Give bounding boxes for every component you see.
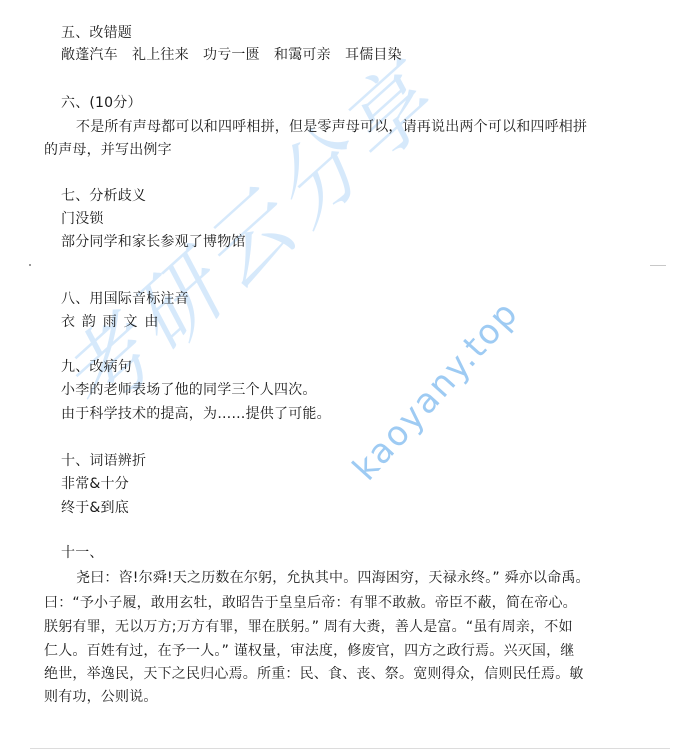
section-7-item: 门没锁 xyxy=(61,209,104,229)
section-9-title: 九、改病句 xyxy=(61,357,132,377)
section-5-items: 敞蓬汽车 礼上往来 功亏一匮 和霭可亲 耳儒目染 xyxy=(61,45,402,65)
section-6-body-line-1: 不是所有声母都可以和四呼相拼，但是零声母可以，请再说出两个可以和四呼相拼 xyxy=(76,117,587,137)
page-break-mark-left xyxy=(29,264,31,266)
section-6-title: 六、(10分） xyxy=(61,93,142,113)
section-6-body-line-2: 的声母，并写出例字 xyxy=(44,140,172,160)
section-11-title: 十一、 xyxy=(61,543,104,563)
section-8-title: 八、用国际音标注音 xyxy=(61,289,189,309)
section-11-line: 仁人。百姓有过，在予一人。” 谨权量，审法度，修废官，四方之政行焉。兴灭国，继 xyxy=(44,641,575,661)
section-8-items: 衣 韵 雨 文 由 xyxy=(61,312,159,332)
section-11-line: 朕躬有罪，无以万方;万方有罪，罪在朕躬。” 周有大赉，善人是富。“虽有周亲，不如 xyxy=(44,617,573,637)
section-10-title: 十、词语辨折 xyxy=(61,451,146,471)
section-11-line: 则有功，公则说。 xyxy=(44,687,158,707)
section-5-title: 五、改错题 xyxy=(61,23,132,43)
section-11-line: 曰：“予小子履，敢用玄牡，敢昭告于皇皇后帝：有罪不敢赦。帝臣不蔽，简在帝心。 xyxy=(44,593,577,613)
section-9-item: 由于科学技术的提高，为……提供了可能。 xyxy=(61,404,331,424)
watermark-url: kaoyany.top xyxy=(345,293,527,488)
section-10-item: 非常&十分 xyxy=(61,474,129,494)
section-10-item: 终于&到底 xyxy=(61,498,129,518)
section-11-line: 绝世，举逸民，天下之民归心焉。所重：民、食、丧、祭。宽则得众，信则民任焉。敏 xyxy=(44,664,584,684)
section-11-line: 尧曰：咨!尔舜!天之历数在尔躬，允执其中。四海困穷，天禄永终。” 舜亦以命禹。 xyxy=(76,568,590,588)
section-7-item: 部分同学和家长参观了博物馆 xyxy=(61,232,246,252)
section-7-title: 七、分析歧义 xyxy=(61,186,146,206)
page-bottom-divider xyxy=(30,748,670,749)
section-9-item: 小李的老师表场了他的同学三个人四次。 xyxy=(61,380,317,400)
page-break-mark-right xyxy=(650,265,666,266)
